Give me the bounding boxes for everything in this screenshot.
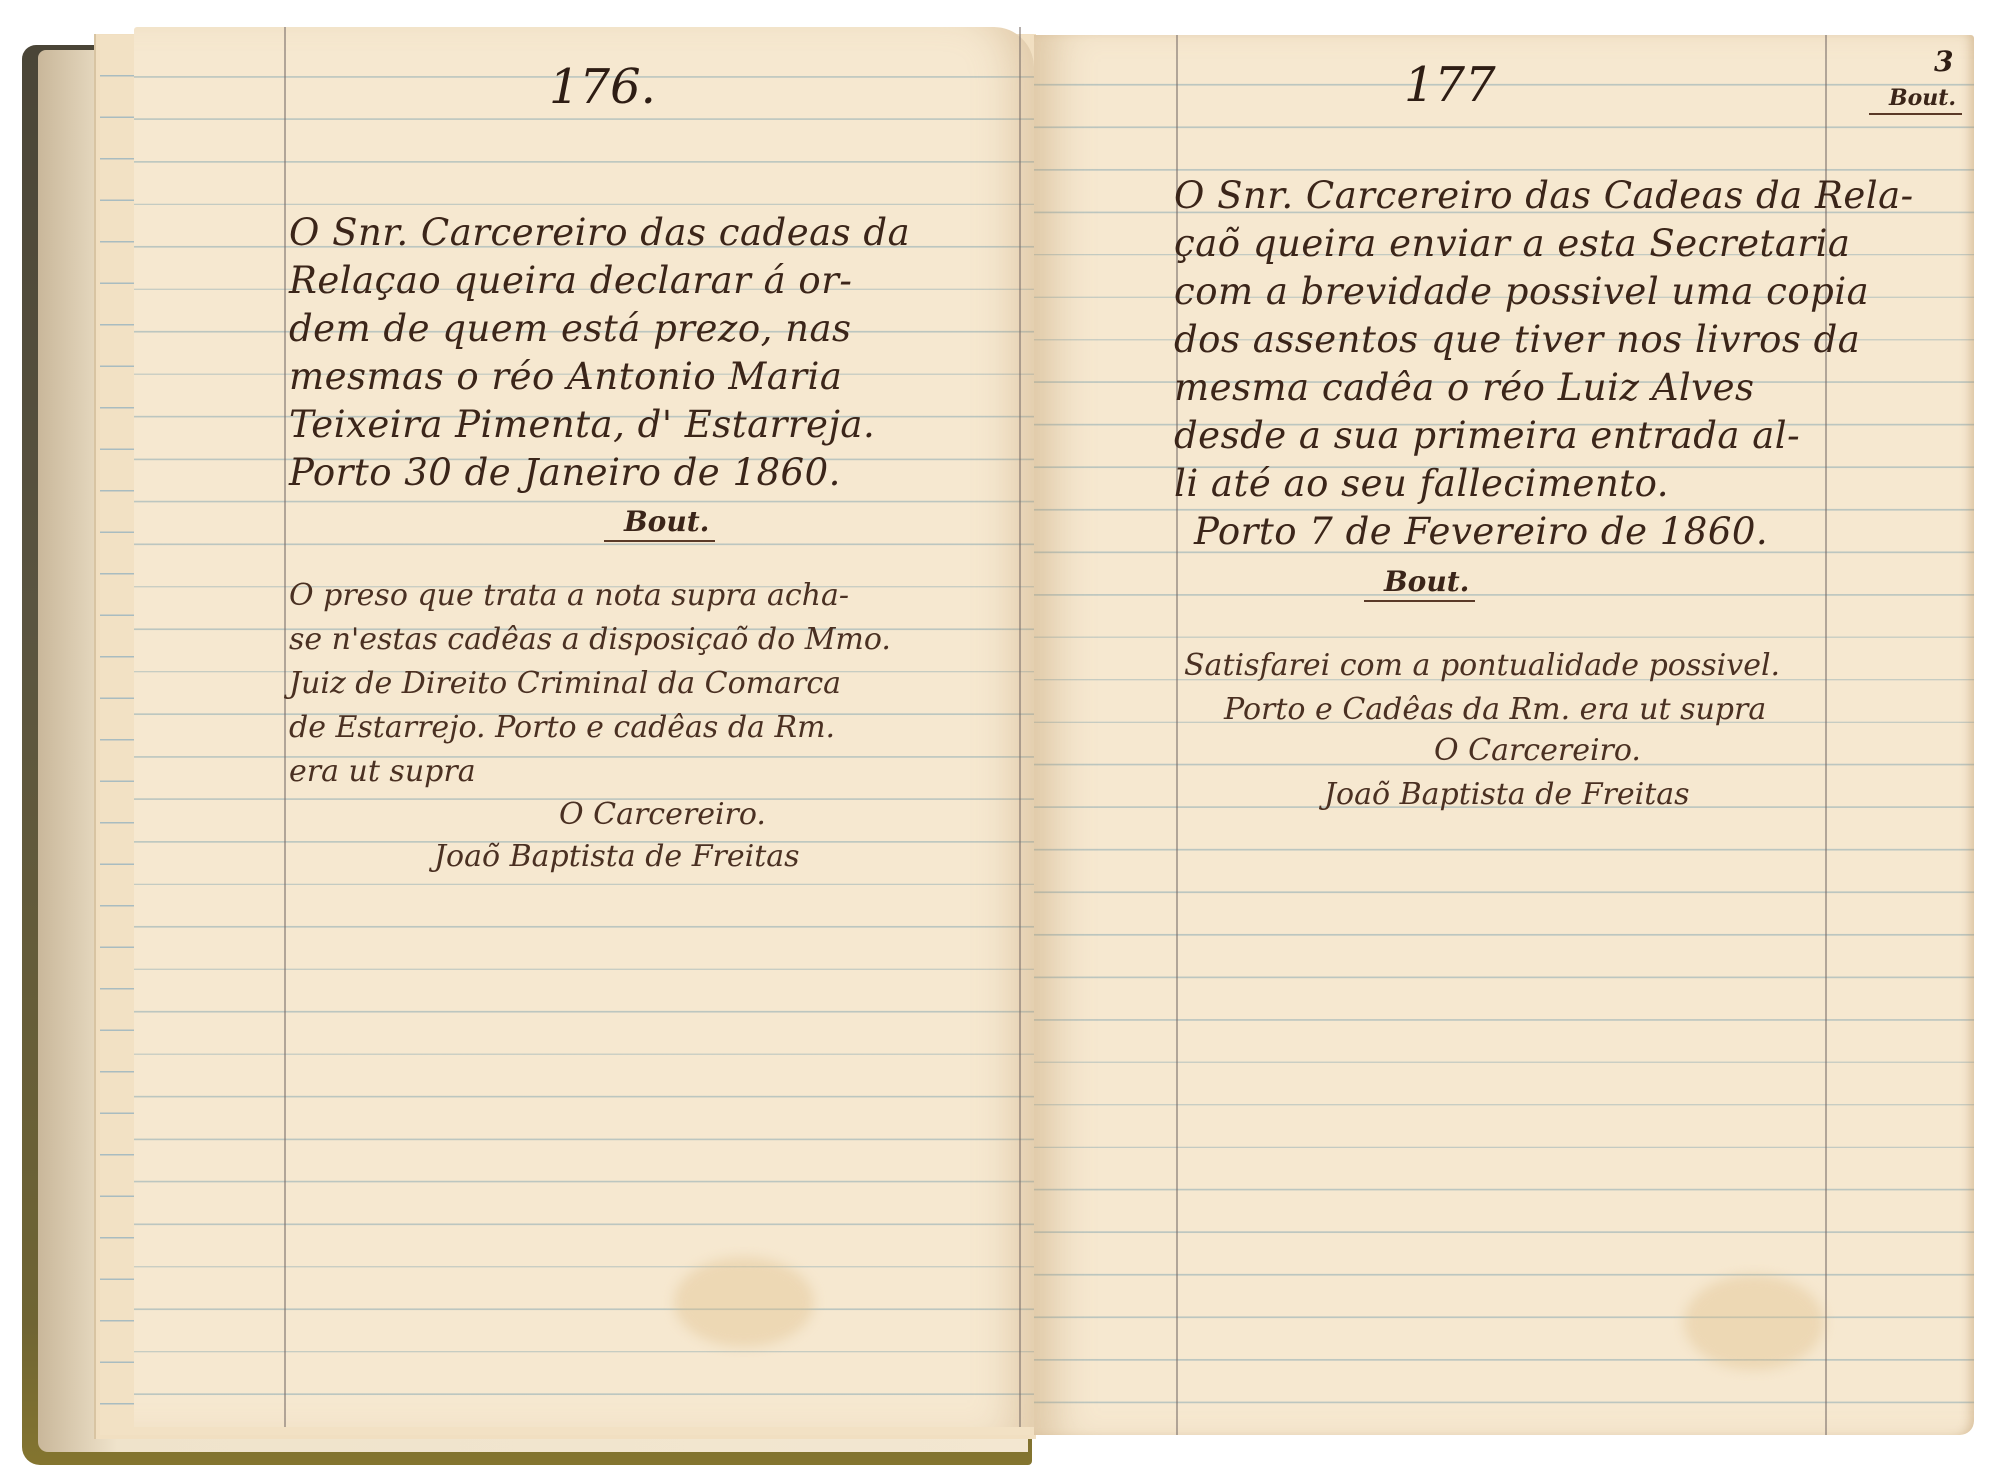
entry-line: O Snr. Carcereiro das cadeas da (289, 212, 910, 254)
right-margin-rule (1019, 27, 1021, 1427)
entry-line: dem de quem está prezo, nas (289, 308, 852, 350)
water-stain (1684, 1275, 1824, 1370)
signatory-title: O Carcereiro. (1434, 733, 1641, 768)
left-margin-rule (284, 27, 286, 1427)
left-page: 176. O Snr. Carcereiro das cadeas da Rel… (134, 27, 1034, 1427)
entry-line: dos assentos que tiver nos livros da (1174, 319, 1860, 361)
reply-line: de Estarrejo. Porto e cadêas da Rm. (289, 707, 835, 749)
rubric-signature: Bout. (604, 505, 715, 542)
entry-line: com a brevidade possivel uma copia (1174, 271, 1869, 313)
entry-line: mesma cadêa o réo Luiz Alves (1174, 367, 1755, 409)
reply-line: Juiz de Direito Criminal da Comarca (289, 663, 841, 705)
reply-line: se n'estas cadêas a disposiçaõ do Mmo. (289, 619, 891, 661)
entry-line: Teixeira Pimenta, d' Estarreja. (289, 404, 875, 446)
entry-line: Relaçao queira declarar á or- (289, 260, 852, 302)
signatory-title: O Carcereiro. (559, 797, 766, 832)
page-number: 177 (1404, 57, 1496, 113)
entry-line: mesmas o réo Antonio Maria (289, 356, 842, 398)
reply-line: Porto e Cadêas da Rm. era ut supra (1224, 689, 1766, 731)
water-stain (674, 1257, 814, 1347)
right-page: 177 3 Bout. O Snr. Carcereiro das Cadeas… (1034, 35, 1974, 1435)
signature: Joaõ Baptista de Freitas (434, 839, 800, 874)
reply-line: era ut supra (289, 751, 476, 793)
entry-date-line: Porto 7 de Fevereiro de 1860. (1194, 511, 1768, 553)
page-number: 176. (549, 59, 656, 115)
entry-line: li até ao seu fallecimento. (1174, 463, 1669, 505)
rubric-signature: Bout. (1364, 565, 1475, 602)
entry-date-line: Porto 30 de Janeiro de 1860. (289, 452, 841, 494)
signature: Joaõ Baptista de Freitas (1324, 777, 1690, 812)
entry-line: desde a sua primeira entrada al- (1174, 415, 1800, 457)
margin-rubric: Bout. (1869, 85, 1962, 115)
entry-line: O Snr. Carcereiro das Cadeas da Rela- (1174, 175, 1914, 217)
reply-line: Satisfarei com a pontualidade possivel. (1184, 645, 1780, 687)
reply-line: O preso que trata a nota supra acha- (289, 575, 849, 617)
entry-line: çaõ queira enviar a esta Secretaria (1174, 223, 1851, 265)
folio-number: 3 (1934, 45, 1953, 78)
